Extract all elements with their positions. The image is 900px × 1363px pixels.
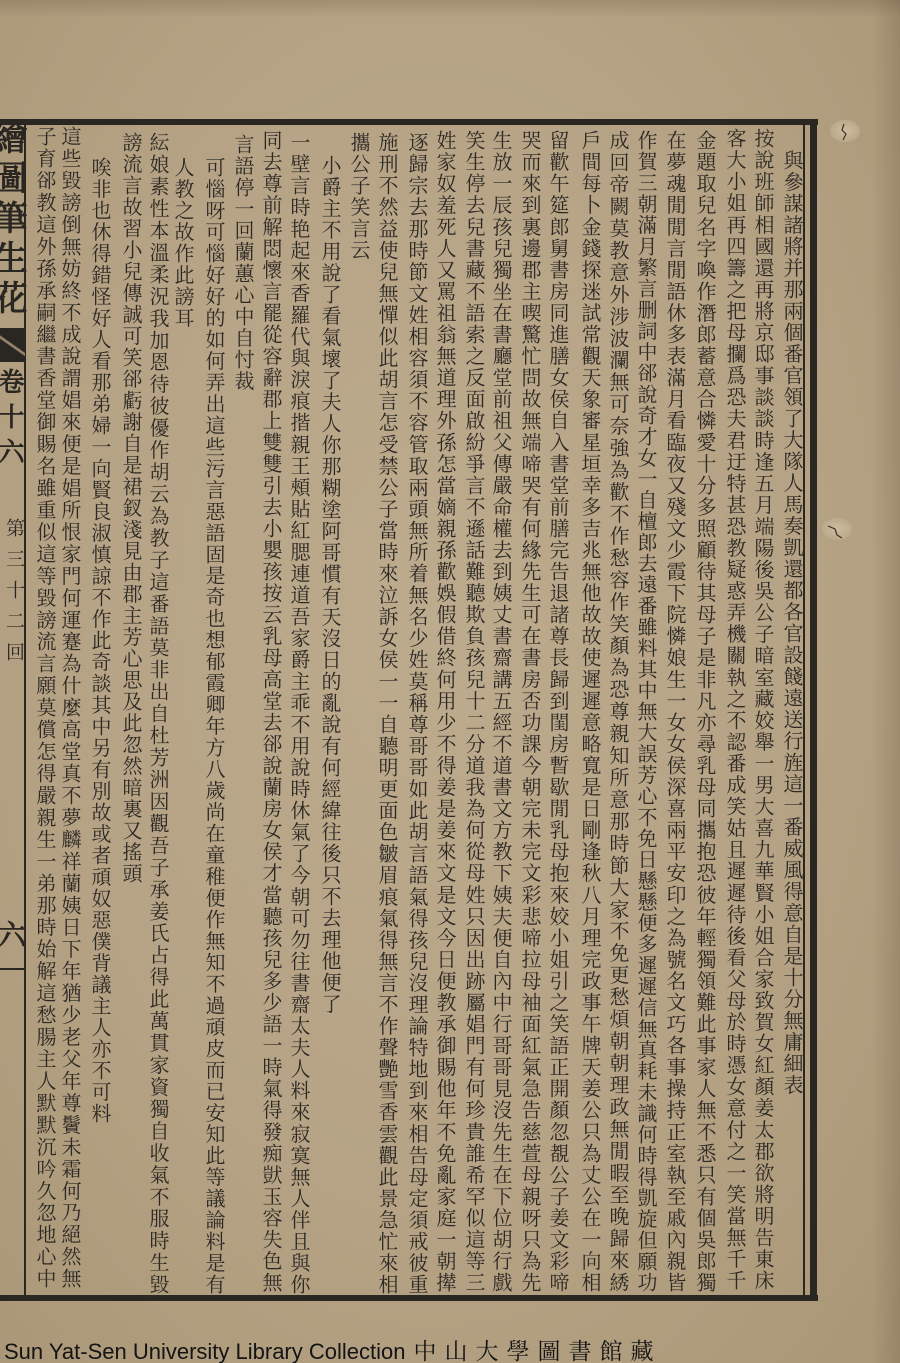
text-column: 唉非也休得錯怪好人看那弟婦一向賢良淑慎諒不作此奇談其中另有別故或者頑奴惡僕背議主… [87,157,113,1125]
text-column: 言語停一回蘭蕙心中自忖裁 [230,134,256,392]
text-column: 按說班師相國還再將京邸事談談時逢五月端陽後吳公子暗室藏姣舉一男大喜九華賢小姐合家… [750,128,776,1290]
watermark-english: Sun Yat-Sen University Library Collectio… [4,1339,405,1363]
text-column: 作賀三朝滿月繁言删詞中郤說奇才女一自檀郎去遠番雖料其中無大誤芳心不免日懸懸便多遲… [633,130,659,1292]
text-column: 施刑不然益使兒無憚似此胡言怎受禁公子當時來泣訴女侯一一自聽明更面色皺眉痕氣得無言… [374,132,400,1294]
library-watermark: Sun Yat-Sen University Library Collectio… [4,1333,661,1363]
text-column: 紜娘素性本溫柔況我加恩待彼優作胡云為教子這番語莫非出自杜芳洲因觀吾子承姜氏占得此… [145,132,171,1294]
paper-wormhole-mark [822,518,852,540]
paper-wormhole-mark [830,120,860,142]
text-column: 逐歸宗去那時節文姓相容須不容管取兩頭無所着無名少姓莫稱尊哥哥如此胡言語氣得孩兒沒… [404,132,430,1294]
text-column: 人教之故作此謗耳 [170,157,196,329]
watermark-chinese: 中山大學圖書館藏 [413,1339,661,1363]
crack-icon [822,518,852,540]
text-column: 客大小姐再四籌之把母攔爲恐夫君迂特甚恐教疑惑弄機關執之不認番成笑姑且遲遲待後看父… [722,128,748,1290]
text-column: 成回帝闕莫教意外涉波瀾無可奈強為歡不作愁容作笑顏為恐尊親知所意那時節大家不免更愁… [605,130,631,1292]
text-column: 笑生停去兒書藏不語索之反面啟紛爭言不遜話難聽欺負孩兒十二分道我為何從母姓只因出跡… [461,130,487,1292]
text-column: 姓家奴羞死人又罵祖翁無道理外孫怎當嫡親孫歡娛假借終何用少不得姜是姜來文是文今日便… [432,130,458,1292]
book-title: 繪圖筆生花 [0,120,24,320]
text-column: 子育郤教這外孫承嗣繼書香堂御賜名雖重似這等毀謗流言願莫償怎得嚴親生一弟那時始解這… [32,126,58,1288]
text-column: 金題取兒名字喚作潛郎蓄意合憐愛十分多照顧待其母子是非凡亦尋乳母同攜抱恐彼年輕獨領… [692,130,718,1292]
text-column: 可惱呀可惱好好的如何弄出這些污言惡語固是奇也想郁霞卿年方八歲尚在童稚便作無知不過… [201,157,227,1294]
frame-top-border [0,119,818,125]
frame-right-border-outer [810,119,817,1301]
frame-bottom-border [0,1295,818,1301]
text-column: 與參謀諸將并那兩個番官領了大隊人馬奏凱還都各官設餞遠送行旌這一番威風得意自是十分… [779,150,805,1096]
text-column: 攜公子笑言云 [346,132,372,261]
text-column: 這些毀謗倒無妨終不成說謂娼來便是娼所恨家門何運蹇為什麼高堂真不夢麟祥蘭姨日下年猶… [57,126,83,1288]
text-column: 戶間每卜金錢探迷試常觀天象審星垣幸多吉兆無他故故使遲遲意略寬是日剛逢秋八月理完政… [577,130,603,1292]
crack-icon [830,120,860,142]
text-column: 哭而來到裏邊郡主喫驚忙問故無端啼哭有何緣先生可在書房否功課今朝完未完文彩悲啼拉母… [517,130,543,1292]
volume-label: 卷十六 [0,368,22,473]
page-top-shading [0,0,900,18]
page-number: 六 [0,920,24,948]
text-column: 生放一辰孩兒獨坐在書廳堂前祖父傳嚴命權去到姨丈書齋講五經不道書文方教下姨夫便自內… [488,130,514,1292]
banxin-lower-rule [0,968,25,970]
text-column: 小爵主不用說了看氣壞了夫人你那糊塗阿哥慣有天沒日的亂說有何經緯往後只不去理他便了 [317,155,343,1015]
text-column: 留歡午筵郎舅書房同進膳女侯自入書堂前膳完告退諸尊長歸到閨房暫歇閒乳母抱來姣小姐引… [545,130,571,1292]
text-column: 同去尊前解悶懷言罷從容辭郡上雙雙引去小嬰孩按云乳母高堂去郤說蘭房女侯才當聽孩兒多… [258,130,284,1292]
text-column: 謗流言故習小兒傳誠可笑郤虧謝自是裙釵淺見由郡主芳心思及此忽然暗裏又搖頭 [118,132,144,885]
page-right-edge-shading [872,0,900,1363]
text-column: 在夢魂閒閒言閒語休多表滿月看臨夜又殘文少霞下院憐娘生一女女侯深喜兩平安印之為號名… [662,130,688,1292]
fishtail-mark [0,328,25,362]
chapter-label: 第三十二回 [4,518,23,673]
text-column: 一壁言時艳起來香羅代與淚痕揩親王頰貼紅腮連道吾家爵主乖不用說時休氣了今朝可勿往書… [286,132,312,1294]
